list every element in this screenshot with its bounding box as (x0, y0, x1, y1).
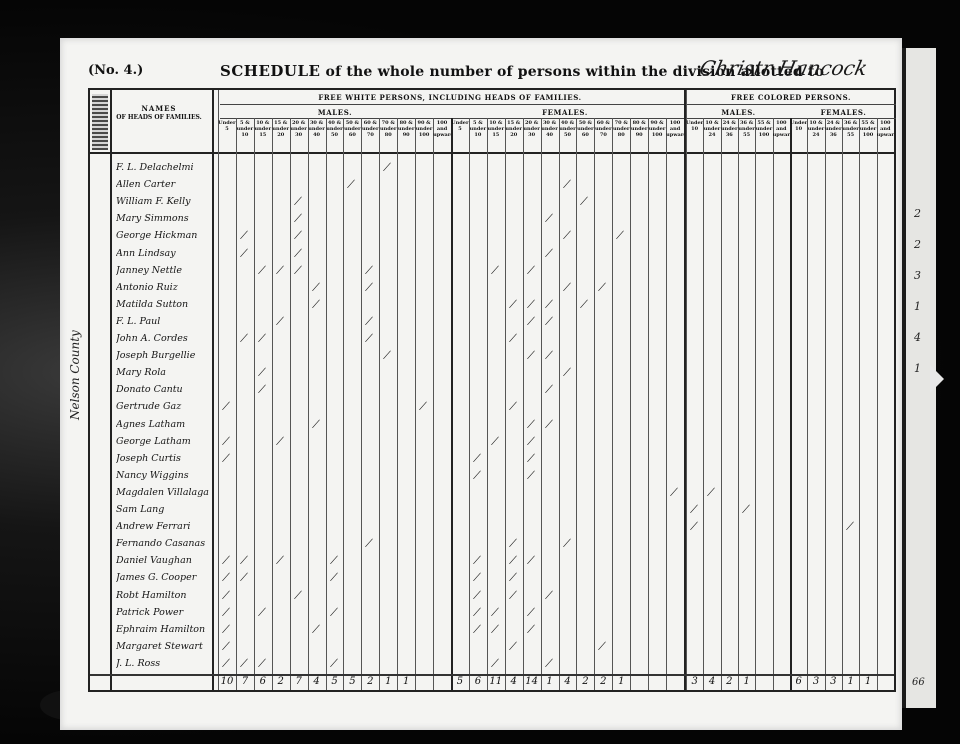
tally-mark: / (329, 555, 336, 566)
column-divider (505, 118, 506, 690)
tally-mark: / (509, 641, 516, 652)
column-divider (361, 118, 362, 690)
tally-mark: / (545, 384, 552, 395)
head-of-family-name: Ephraim Hamilton (116, 624, 210, 635)
tally-mark: / (527, 316, 534, 327)
head-of-family-name: Gertrude Gaz (116, 401, 210, 412)
age-column-header: 10 & under 24 (703, 120, 720, 154)
tally-mark: / (670, 487, 677, 498)
head-of-family-name: Margaret Stewart (116, 641, 210, 652)
age-column-header: 70 & under 80 (379, 120, 397, 154)
age-column-header: 70 & under 80 (612, 120, 630, 154)
tally-mark: / (707, 487, 714, 498)
white-males-header: MALES. (220, 108, 450, 117)
margin-number: 1 (914, 353, 921, 384)
column-total: 1 (398, 676, 414, 687)
column-total: 5 (327, 676, 343, 687)
column-divider (397, 118, 398, 690)
age-column-header: 55 & under 100 (755, 120, 772, 154)
column-total: 7 (291, 676, 307, 687)
tally-mark: / (312, 299, 319, 310)
colored-persons-group-header: FREE COLORED PERSONS. (686, 93, 896, 102)
column-divider (738, 118, 739, 690)
column-divider (326, 118, 327, 690)
head-of-family-name: Robt Hamilton (116, 590, 210, 601)
column-total: 14 (524, 676, 540, 687)
age-column-header: 80 & under 90 (397, 120, 415, 154)
tally-mark: / (222, 401, 229, 412)
tally-mark: / (365, 333, 372, 344)
column-divider (218, 90, 219, 690)
tally-mark: / (473, 453, 480, 464)
age-column-header: 24 & under 36 (721, 120, 738, 154)
column-total: 2 (595, 676, 611, 687)
column-divider (541, 118, 542, 690)
tally-mark: / (527, 624, 534, 635)
age-column-header: 5 & under 10 (469, 120, 487, 154)
column-total: 2 (362, 676, 378, 687)
column-total: 6 (470, 676, 486, 687)
head-of-family-name: Daniel Vaughan (116, 555, 210, 566)
page-number-column-header (92, 94, 108, 150)
tally-mark: / (222, 436, 229, 447)
tally-mark: / (509, 590, 516, 601)
head-of-family-name: Matilda Sutton (116, 299, 210, 310)
tally-mark: / (365, 538, 372, 549)
column-divider (842, 118, 843, 690)
tally-mark: / (616, 230, 623, 241)
tally-mark: / (545, 350, 552, 361)
tally-mark: / (312, 419, 319, 430)
age-column-header: Under 5 (218, 120, 236, 154)
column-divider (686, 90, 687, 690)
column-total: 6 (255, 676, 271, 687)
tally-mark: / (240, 230, 247, 241)
column-divider (379, 118, 380, 690)
column-total: 1 (843, 676, 859, 687)
age-column-header: 50 & under 60 (576, 120, 594, 154)
column-total: 1 (739, 676, 755, 687)
column-total: 2 (273, 676, 289, 687)
age-column-header: 36 & under 55 (738, 120, 755, 154)
tally-mark: / (473, 590, 480, 601)
page-tab-marker (930, 365, 944, 393)
tally-mark: / (580, 299, 587, 310)
tally-mark: / (276, 555, 283, 566)
head-of-family-name: George Hickman (116, 230, 210, 241)
tally-mark: / (491, 265, 498, 276)
tally-mark: / (258, 607, 265, 618)
tally-mark: / (240, 658, 247, 669)
column-divider (648, 118, 649, 690)
age-column-header: Under 5 (451, 120, 469, 154)
column-total: 5 (452, 676, 468, 687)
tally-mark: / (365, 282, 372, 293)
white-persons-group-header: FREE WHITE PERSONS, INCLUDING HEADS OF F… (220, 93, 680, 102)
tally-mark: / (222, 453, 229, 464)
age-column-header: 24 & under 36 (825, 120, 842, 154)
tally-mark: / (222, 658, 229, 669)
column-total: 4 (560, 676, 576, 687)
tally-mark: / (276, 436, 283, 447)
totals-row: 107627455211561141414221342163311 (90, 674, 894, 690)
schedule-number: (No. 4.) (88, 63, 143, 78)
margin-number: 4 (914, 322, 921, 353)
tally-mark: / (473, 470, 480, 481)
tally-mark: / (491, 658, 498, 669)
tally-mark: / (258, 265, 265, 276)
tally-mark: / (222, 607, 229, 618)
tally-mark: / (562, 538, 569, 549)
tally-mark: / (509, 572, 516, 583)
column-total: 3 (825, 676, 841, 687)
column-total: 4 (506, 676, 522, 687)
head-of-family-name: James G. Cooper (116, 572, 210, 583)
age-column-header: 20 & under 30 (290, 120, 308, 154)
census-table: NAMES OF HEADS OF FAMILIES. Nelson Count… (88, 88, 896, 692)
column-total: 1 (860, 676, 876, 687)
head-of-family-name: Joseph Curtis (116, 453, 210, 464)
column-divider (666, 118, 667, 690)
tally-mark: / (347, 179, 354, 190)
column-total: 7 (237, 676, 253, 687)
tally-mark: / (294, 230, 301, 241)
column-divider (469, 118, 470, 690)
tally-mark: / (545, 316, 552, 327)
column-divider (433, 118, 434, 690)
tally-mark: / (562, 179, 569, 190)
age-column-header: 36 & under 55 (842, 120, 859, 154)
tally-mark: / (294, 213, 301, 224)
column-divider (559, 118, 560, 690)
tally-mark: / (258, 658, 265, 669)
title-prefix: SCHEDULE (220, 62, 320, 80)
tally-mark: / (258, 384, 265, 395)
tally-mark: / (509, 299, 516, 310)
tally-mark: / (491, 607, 498, 618)
header-rule (686, 104, 896, 105)
head-of-family-name: Janney Nettle (116, 265, 210, 276)
tally-mark: / (527, 555, 534, 566)
tally-mark: / (562, 282, 569, 293)
column-divider (612, 118, 613, 690)
head-of-family-name: F. L. Paul (116, 316, 210, 327)
tally-mark: / (491, 436, 498, 447)
head-of-family-name: Mary Simmons (116, 213, 210, 224)
age-column-header: Under 10 (790, 120, 807, 154)
age-column-header: 15 & under 20 (272, 120, 290, 154)
column-divider (254, 118, 255, 690)
head-of-family-name: Allen Carter (116, 179, 210, 190)
head-of-family-name: Sam Lang (116, 504, 210, 515)
tally-mark: / (294, 265, 301, 276)
head-of-family-name: J. L. Ross (116, 658, 210, 669)
tally-mark: / (365, 316, 372, 327)
tally-mark: / (294, 248, 301, 259)
column-divider (487, 118, 488, 690)
margin-number: 3 (914, 260, 921, 291)
age-column-header: 10 & under 24 (807, 120, 824, 154)
age-column-header: 60 & under 70 (594, 120, 612, 154)
tally-mark: / (240, 248, 247, 259)
column-divider (343, 118, 344, 690)
tally-mark: / (258, 333, 265, 344)
tally-mark: / (276, 265, 283, 276)
column-divider (290, 118, 291, 690)
tally-mark: / (240, 572, 247, 583)
column-divider (630, 118, 631, 690)
age-column-header: 80 & under 90 (630, 120, 648, 154)
tally-mark: / (222, 590, 229, 601)
tally-mark: / (329, 572, 336, 583)
age-column-header: 10 & under 15 (487, 120, 505, 154)
column-total: 3 (687, 676, 703, 687)
tally-mark: / (222, 641, 229, 652)
tally-mark: / (545, 299, 552, 310)
column-divider (790, 118, 792, 690)
tally-mark: / (383, 350, 390, 361)
age-column-header: 90 & under 100 (415, 120, 433, 154)
tally-mark: / (527, 419, 534, 430)
colored-males-header: MALES. (686, 108, 791, 117)
column-divider (272, 118, 273, 690)
tally-mark: / (312, 624, 319, 635)
head-of-family-name: John A. Cordes (116, 333, 210, 344)
head-of-family-name: Fernando Casanas (116, 538, 210, 549)
column-divider (308, 118, 309, 690)
tally-mark: / (545, 590, 552, 601)
tally-mark: / (473, 624, 480, 635)
age-column-header: 30 & under 40 (308, 120, 326, 154)
tally-mark: / (473, 607, 480, 618)
age-column-header: 100 and upwards (773, 120, 790, 154)
age-column-header: 50 & under 60 (343, 120, 361, 154)
column-divider (755, 118, 756, 690)
names-column-header: NAMES OF HEADS OF FAMILIES. (112, 104, 206, 122)
column-divider (859, 118, 860, 690)
column-total: 4 (704, 676, 720, 687)
age-column-header: 100 and upwards (666, 120, 684, 154)
head-of-family-name: Mary Rola (116, 367, 210, 378)
column-divider (236, 118, 237, 690)
age-column-header: Under 10 (686, 120, 703, 154)
margin-number: 1 (914, 291, 921, 322)
tally-mark: / (329, 607, 336, 618)
column-total: 5 (344, 676, 360, 687)
tally-mark: / (527, 265, 534, 276)
tally-mark: / (509, 555, 516, 566)
column-divider (523, 118, 524, 690)
tally-mark: / (580, 196, 587, 207)
tally-mark: / (222, 624, 229, 635)
tally-mark: / (527, 470, 534, 481)
age-column-header: 10 & under 15 (254, 120, 272, 154)
tally-mark: / (312, 282, 319, 293)
age-column-header: 40 & under 50 (559, 120, 577, 154)
tally-mark: / (473, 572, 480, 583)
tally-mark: / (365, 265, 372, 276)
tally-mark: / (690, 521, 697, 532)
head-of-family-name: William F. Kelly (116, 196, 210, 207)
age-column-header: 5 & under 10 (236, 120, 254, 154)
tally-mark: / (527, 299, 534, 310)
tally-mark: / (240, 333, 247, 344)
tally-mark: / (527, 436, 534, 447)
tally-mark: / (598, 282, 605, 293)
tally-mark: / (545, 248, 552, 259)
tally-mark: / (690, 504, 697, 515)
head-of-family-name: Agnes Latham (116, 419, 210, 430)
age-column-header: 90 & under 100 (648, 120, 666, 154)
tally-mark: / (329, 658, 336, 669)
tally-mark: / (294, 196, 301, 207)
age-column-header: 60 & under 70 (361, 120, 379, 154)
head-of-family-name: George Latham (116, 436, 210, 447)
margin-number: 2 (914, 198, 921, 229)
tally-mark: / (473, 555, 480, 566)
tally-mark: / (276, 316, 283, 327)
column-total: 3 (808, 676, 824, 687)
tally-mark: / (527, 607, 534, 618)
handwritten-assignee: Christr Hancock (697, 56, 869, 80)
tally-mark: / (509, 538, 516, 549)
age-column-header: 30 & under 40 (541, 120, 559, 154)
tally-mark: / (509, 401, 516, 412)
tally-mark: / (419, 401, 426, 412)
tally-mark: / (491, 624, 498, 635)
column-total: 2 (577, 676, 593, 687)
column-divider (721, 118, 722, 690)
header-rule (220, 104, 686, 105)
tally-mark: / (545, 658, 552, 669)
head-of-family-name: Nancy Wiggins (116, 470, 210, 481)
age-column-header: 40 & under 50 (326, 120, 344, 154)
tally-mark: / (383, 162, 390, 173)
head-of-family-name: Patrick Power (116, 607, 210, 618)
column-divider (594, 118, 595, 690)
age-column-header: 55 & under 100 (859, 120, 876, 154)
tally-mark: / (562, 230, 569, 241)
column-divider (807, 118, 808, 690)
tally-mark: / (527, 350, 534, 361)
column-divider (212, 90, 214, 690)
county-margin-note: Nelson County (68, 330, 82, 420)
column-divider (415, 118, 416, 690)
age-column-header: 20 & under 30 (523, 120, 541, 154)
age-column-header: 100 and upwards (433, 120, 451, 154)
column-divider (110, 90, 112, 690)
margin-numbers: 223141 (914, 198, 921, 384)
head-of-family-name: Magdalen Villalaga (116, 487, 210, 498)
head-of-family-name: Joseph Burgellie (116, 350, 210, 361)
tally-mark: / (509, 333, 516, 344)
column-divider (451, 118, 453, 690)
tally-mark: / (598, 641, 605, 652)
column-total: 4 (309, 676, 325, 687)
column-total: 6 (791, 676, 807, 687)
tally-mark: / (222, 572, 229, 583)
tally-mark: / (294, 590, 301, 601)
head-of-family-name: Andrew Ferrari (116, 521, 210, 532)
column-total: 10 (219, 676, 235, 687)
column-divider (576, 118, 577, 690)
column-divider (703, 118, 704, 690)
column-divider (877, 118, 878, 690)
head-of-family-name: Ann Lindsay (116, 248, 210, 259)
head-of-family-name: Antonio Ruiz (116, 282, 210, 293)
tally-mark: / (240, 555, 247, 566)
age-column-header: 100 and upwards (877, 120, 894, 154)
white-females-header: FEMALES. (450, 108, 680, 117)
head-of-family-name: F. L. Delachelmi (116, 162, 210, 173)
age-column-header: 15 & under 20 (505, 120, 523, 154)
head-of-family-name: Donato Cantu (116, 384, 210, 395)
column-total: 1 (542, 676, 558, 687)
column-total: 1 (613, 676, 629, 687)
margin-total: 66 (912, 677, 925, 688)
column-total: 1 (380, 676, 396, 687)
tally-mark: / (846, 521, 853, 532)
tally-mark: / (258, 367, 265, 378)
column-divider (773, 118, 774, 690)
tally-mark: / (545, 419, 552, 430)
tally-mark: / (545, 213, 552, 224)
column-divider (825, 118, 826, 690)
margin-number: 2 (914, 229, 921, 260)
column-total: 2 (721, 676, 737, 687)
tally-mark: / (527, 453, 534, 464)
colored-females-header: FEMALES. (791, 108, 896, 117)
tally-mark: / (562, 367, 569, 378)
tally-mark: / (742, 504, 749, 515)
tally-mark: / (222, 555, 229, 566)
column-total: 11 (488, 676, 504, 687)
